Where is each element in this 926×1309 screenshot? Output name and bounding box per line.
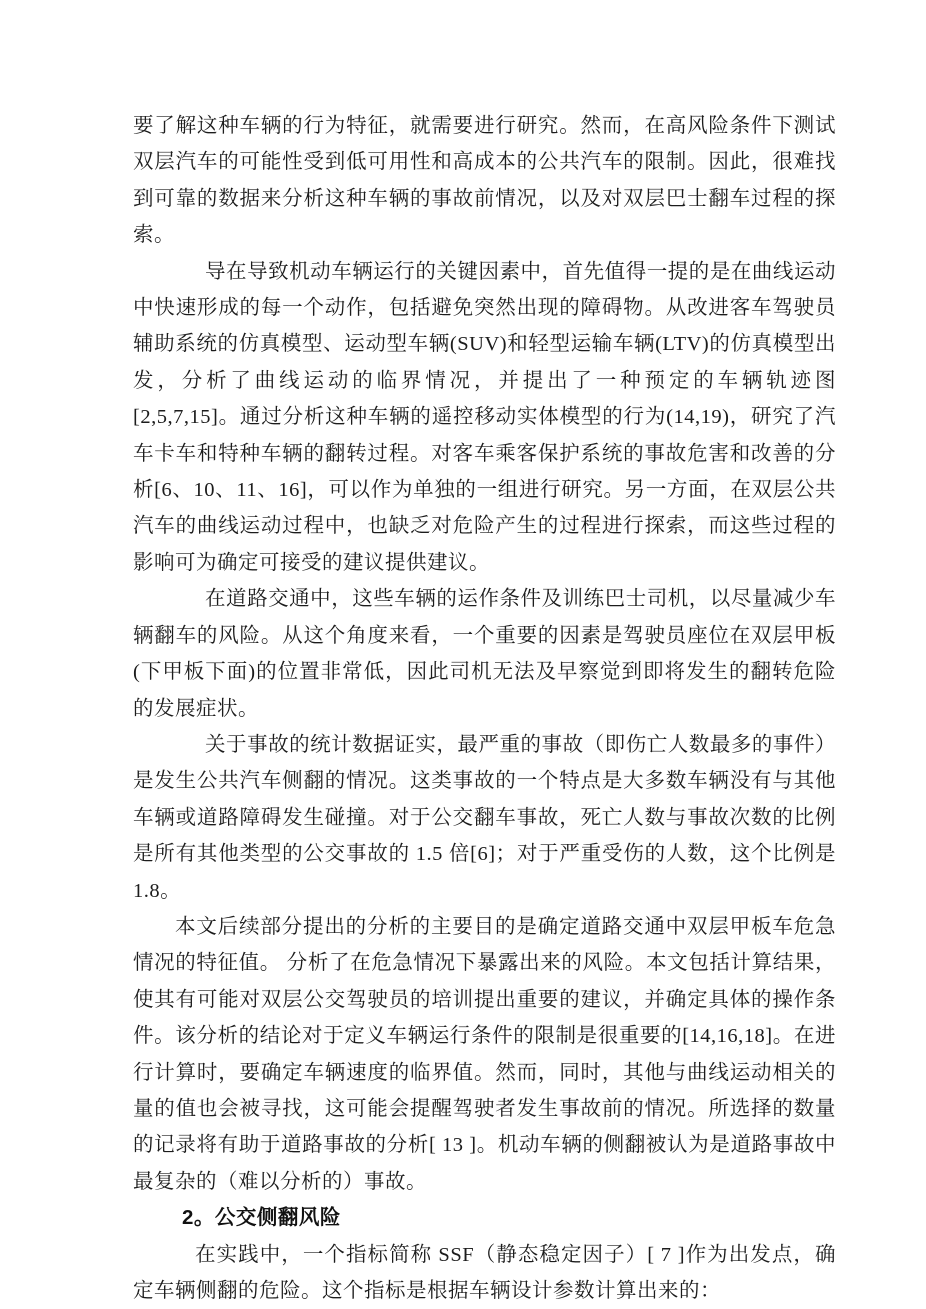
paragraph-continuation: 要了解这种车辆的行为特征，就需要进行研究。然而，在高风险条件下测试双层汽车的可能… — [133, 108, 836, 254]
section-heading-bus-rollover-risk: 2。公交侧翻风险 — [133, 1200, 836, 1236]
document-text-block: 要了解这种车辆的行为特征，就需要进行研究。然而，在高风险条件下测试双层汽车的可能… — [133, 108, 836, 1309]
paragraph-key-factors: 导在导致机动车辆运行的关键因素中，首先值得一提的是在曲线运动中快速形成的每一个动… — [133, 254, 836, 582]
paragraph-road-traffic: 在道路交通中，这些车辆的运作条件及训练巴士司机，以尽量减少车辆翻车的风险。从这个… — [133, 581, 836, 727]
document-page: 要了解这种车辆的行为特征，就需要进行研究。然而，在高风险条件下测试双层汽车的可能… — [0, 0, 926, 1309]
paragraph-analysis-purpose: 本文后续部分提出的分析的主要目的是确定道路交通中双层甲板车危急情况的特征值。 分… — [133, 909, 836, 1200]
paragraph-ssf-indicator: 在实践中，一个指标简称 SSF（静态稳定因子）[ 7 ]作为出发点，确定车辆侧翻… — [133, 1237, 836, 1309]
paragraph-accident-statistics: 关于事故的统计数据证实，最严重的事故（即伤亡人数最多的事件）是发生公共汽车侧翻的… — [133, 727, 836, 909]
